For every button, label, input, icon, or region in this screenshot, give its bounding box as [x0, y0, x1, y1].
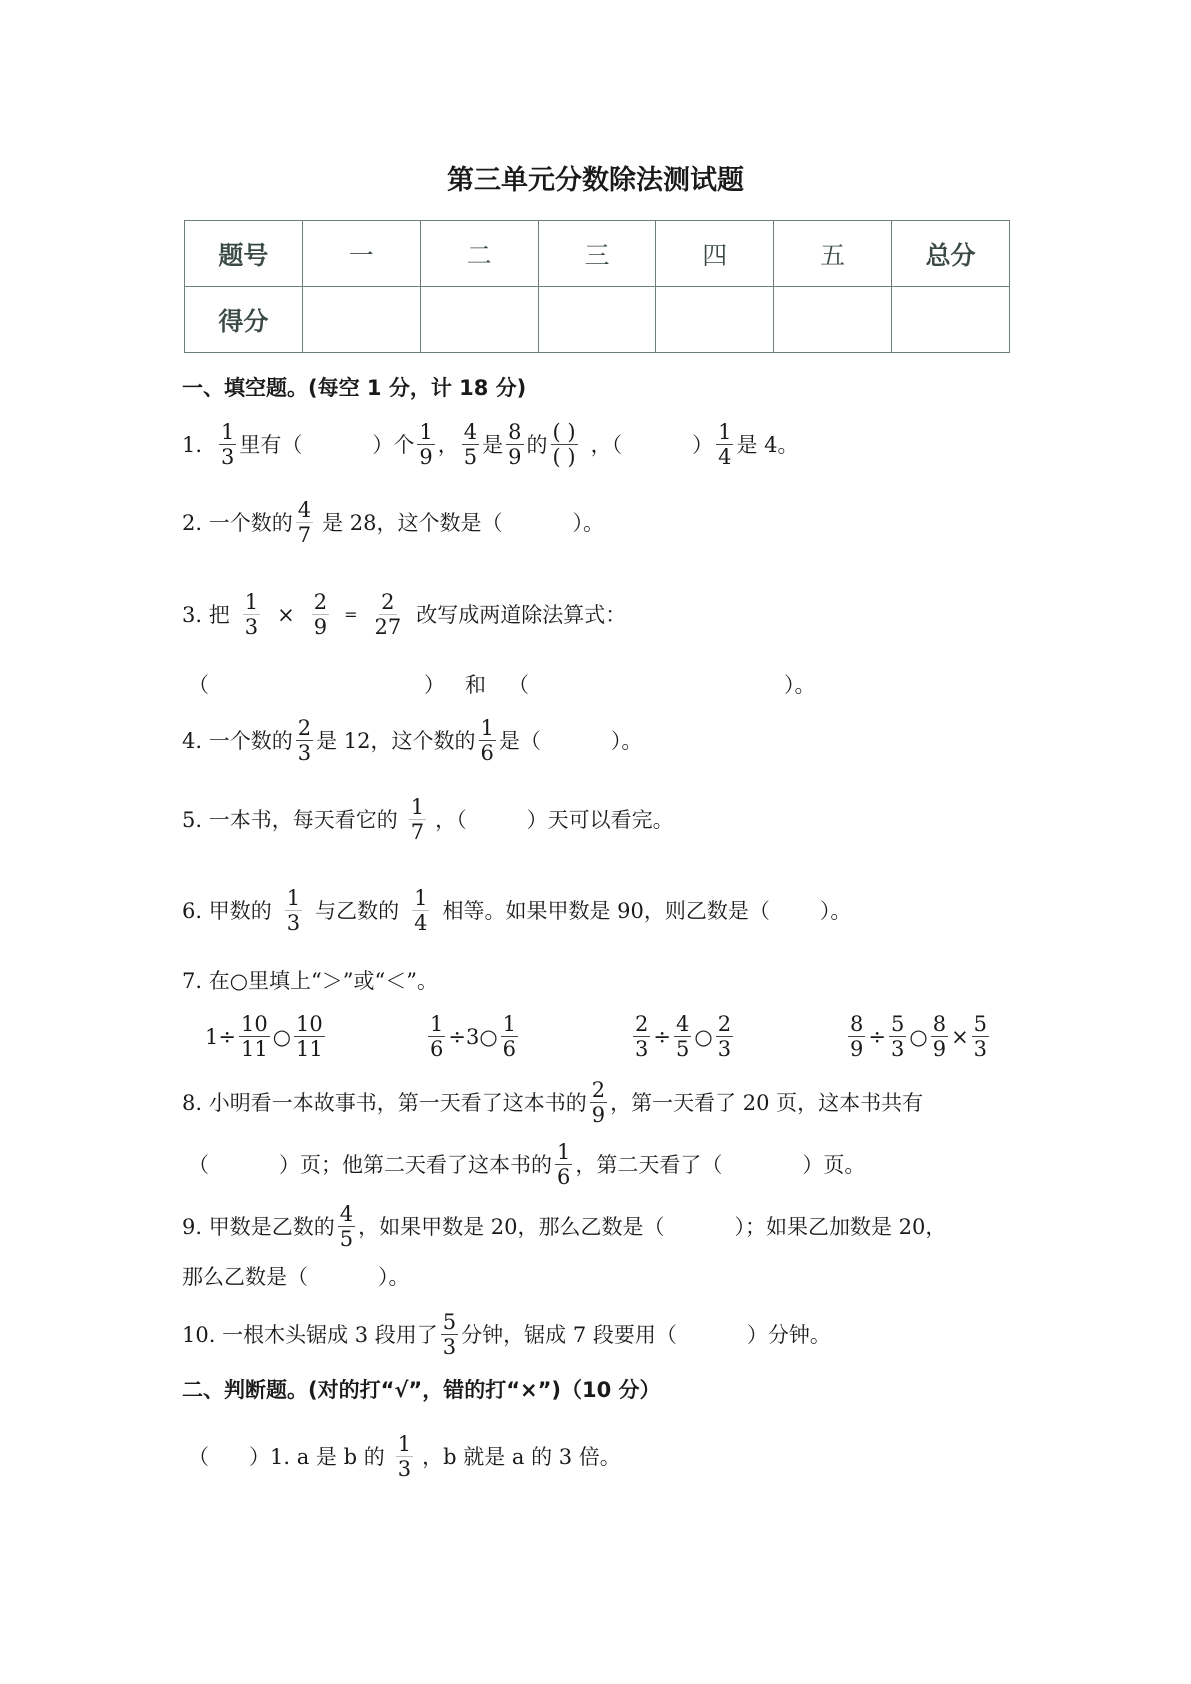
score-cell-4[interactable]: [656, 287, 774, 353]
question-3-answer-line: （ ） 和 （ ）。: [188, 670, 816, 700]
question-8: 8. 小明看一本故事书，第一天看了这本书的 29 ，第一天看了 20 页，这本书…: [182, 1078, 923, 1127]
question-4: 4. 一个数的 23 是 12，这个数的 16 是（ ）。: [182, 716, 642, 765]
fraction: 13: [219, 420, 236, 469]
q8-text: ）页；他第二天看了这本书的: [279, 1150, 552, 1180]
q1-text: 是 4。: [736, 430, 798, 460]
q3-paren: ）。: [784, 670, 816, 700]
q4-text: 是 12，这个数的: [316, 726, 475, 756]
q7-item-2: 16 ÷3○ 16: [425, 1012, 521, 1061]
q4-text: 4. 一个数的: [182, 726, 293, 756]
q10-text: 10. 一根木头锯成 3 段用了: [182, 1320, 438, 1350]
header-question-number: 题号: [185, 221, 303, 287]
fraction: 23: [633, 1012, 650, 1061]
fraction: 19: [417, 420, 434, 469]
fraction: 14: [412, 886, 429, 935]
q2-text: 是 28，这个数是（: [322, 508, 502, 538]
section-2-heading: 二、判断题。(对的打“√”，错的打“×”)（10 分）: [182, 1374, 661, 1404]
fraction: 45: [338, 1202, 355, 1251]
q2-text: ）。: [573, 508, 605, 538]
fraction: 13: [285, 886, 302, 935]
q9-text: ）。: [378, 1262, 410, 1292]
q7-text: 1÷: [205, 1022, 236, 1052]
q7-item-4: 89 ÷ 53 ○ 89 × 53: [845, 1012, 992, 1061]
score-table-header-row: 题号 一 二 三 四 五 总分: [185, 221, 1010, 287]
score-cell-total[interactable]: [892, 287, 1010, 353]
q3-paren: （: [508, 670, 529, 700]
divide-symbol: ÷: [868, 1022, 886, 1052]
q4-text: ）。: [611, 726, 643, 756]
fraction: 1011: [294, 1012, 325, 1061]
header-section-3: 三: [538, 221, 656, 287]
fraction: 45: [462, 420, 479, 469]
score-cell-2[interactable]: [420, 287, 538, 353]
q2-text: 2. 一个数的: [182, 508, 293, 538]
q3-text: 改写成两道除法算式：: [416, 600, 626, 630]
judge-paren: （: [188, 1442, 209, 1472]
q6-text: 6. 甲数的: [182, 896, 272, 926]
times-symbol: ×: [951, 1022, 969, 1052]
compare-circle[interactable]: ○: [694, 1022, 712, 1052]
header-section-2: 二: [420, 221, 538, 287]
q5-text: ，（: [435, 805, 467, 835]
q1-text: 的: [527, 430, 548, 460]
header-section-5: 五: [774, 221, 892, 287]
score-cell-3[interactable]: [538, 287, 656, 353]
header-section-1: 一: [302, 221, 420, 287]
q7-item-1: 1÷ 1011 ○ 1011: [205, 1012, 328, 1061]
q7-item-3: 23 ÷ 45 ○ 23: [630, 1012, 736, 1061]
header-total: 总分: [892, 221, 1010, 287]
fraction: 13: [243, 590, 260, 639]
q1-text: 是: [482, 430, 503, 460]
judge-question-1: （ ）1. a 是 b 的 13 ，b 就是 a 的 3 倍。: [188, 1432, 621, 1481]
q3-text: 3. 把: [182, 600, 230, 630]
fraction: 16: [555, 1140, 572, 1189]
fraction: 29: [590, 1078, 607, 1127]
fraction: 13: [396, 1432, 413, 1481]
times-symbol: ×: [277, 600, 295, 630]
q9-text: 9. 甲数是乙数的: [182, 1212, 335, 1242]
fraction: 23: [716, 1012, 733, 1061]
q1-number: 1.: [182, 430, 202, 460]
fraction: 16: [479, 716, 496, 765]
q6-text: 相等。如果甲数是 90，则乙数是（: [442, 896, 769, 926]
question-9-line-2: 那么乙数是（ ）。: [182, 1262, 410, 1292]
equals-symbol: =: [344, 600, 357, 630]
q5-text: ）天可以看完。: [527, 805, 674, 835]
question-8-line-2: （ ）页；他第二天看了这本书的 16 ，第二天看了（ ）页。: [188, 1140, 865, 1189]
q10-text: 分钟，锯成 7 段要用（: [461, 1320, 677, 1350]
q1-text: ，（: [591, 430, 623, 460]
q9-text: 那么乙数是（: [182, 1262, 308, 1292]
fraction: 17: [409, 795, 426, 844]
q6-text: ）。: [820, 896, 852, 926]
q8-text: ，第一天看了 20 页，这本书共有: [610, 1088, 923, 1118]
fraction: 16: [428, 1012, 445, 1061]
fraction: 53: [889, 1012, 906, 1061]
q9-text: ，如果甲数是 20，那么乙数是（: [358, 1212, 664, 1242]
q4-text: 是（: [499, 726, 541, 756]
compare-circle[interactable]: ○: [273, 1022, 291, 1052]
divide-symbol: ÷: [653, 1022, 671, 1052]
q8-text: 8. 小明看一本故事书，第一天看了这本书的: [182, 1088, 587, 1118]
fraction: 47: [296, 498, 313, 547]
judge-text: ，b 就是 a 的 3 倍。: [422, 1442, 621, 1472]
fraction: 89: [931, 1012, 948, 1061]
compare-circle[interactable]: ○: [909, 1022, 927, 1052]
section-1-heading: 一、填空题。(每空 1 分，计 18 分): [182, 372, 526, 402]
question-5: 5. 一本书，每天看它的 17 ，（ ）天可以看完。: [182, 795, 674, 844]
score-cell-1[interactable]: [302, 287, 420, 353]
fraction: 53: [441, 1310, 458, 1359]
q1-text: ，: [438, 430, 459, 460]
q6-text: 与乙数的: [315, 896, 399, 926]
fraction: 89: [506, 420, 523, 469]
q5-text: 5. 一本书，每天看它的: [182, 805, 398, 835]
fraction: 16: [501, 1012, 518, 1061]
q3-and: 和: [465, 670, 486, 700]
row-label-score: 得分: [185, 287, 303, 353]
q8-text: ）页。: [802, 1150, 865, 1180]
question-9: 9. 甲数是乙数的 45 ，如果甲数是 20，那么乙数是（ ）；如果乙加数是 2…: [182, 1202, 946, 1251]
fraction: 45: [674, 1012, 691, 1061]
question-7: 7. 在○里填上“＞”或“＜”。: [182, 966, 438, 996]
judge-text: ）1. a 是 b 的: [249, 1442, 385, 1472]
score-table-score-row: 得分: [185, 287, 1010, 353]
score-table: 题号 一 二 三 四 五 总分 得分: [184, 220, 1010, 353]
question-1: 1. 13 里有（ ）个 19 ， 45 是 89 的 ( )( ) ，（ ） …: [182, 420, 799, 469]
fraction: 89: [848, 1012, 865, 1061]
question-6: 6. 甲数的 13 与乙数的 14 相等。如果甲数是 90，则乙数是（ ）。: [182, 886, 851, 935]
q8-paren: （: [188, 1150, 209, 1180]
q1-text: 里有（: [239, 430, 302, 460]
fraction: 53: [972, 1012, 989, 1061]
header-section-4: 四: [656, 221, 774, 287]
q3-paren: ）: [424, 670, 445, 700]
fraction-blank[interactable]: ( )( ): [551, 420, 578, 469]
fraction: 14: [716, 420, 733, 469]
page-title: 第三单元分数除法测试题: [0, 158, 1191, 197]
fraction: 227: [372, 590, 403, 639]
fraction: 1011: [239, 1012, 270, 1061]
question-10: 10. 一根木头锯成 3 段用了 53 分钟，锯成 7 段要用（ ）分钟。: [182, 1310, 831, 1359]
score-cell-5[interactable]: [774, 287, 892, 353]
q3-paren: （: [188, 670, 209, 700]
question-3: 3. 把 13 × 29 = 227 改写成两道除法算式：: [182, 590, 626, 639]
fraction: 29: [312, 590, 329, 639]
question-2: 2. 一个数的 47 是 28，这个数是（ ）。: [182, 498, 604, 547]
q8-text: ，第二天看了（: [575, 1150, 722, 1180]
compare-circle[interactable]: ÷3○: [448, 1022, 497, 1052]
q1-text: ）: [692, 430, 713, 460]
fraction: 23: [296, 716, 313, 765]
q10-text: ）分钟。: [747, 1320, 831, 1350]
q9-text: ）；如果乙加数是 20，: [735, 1212, 947, 1242]
q1-text: ）个: [372, 430, 414, 460]
